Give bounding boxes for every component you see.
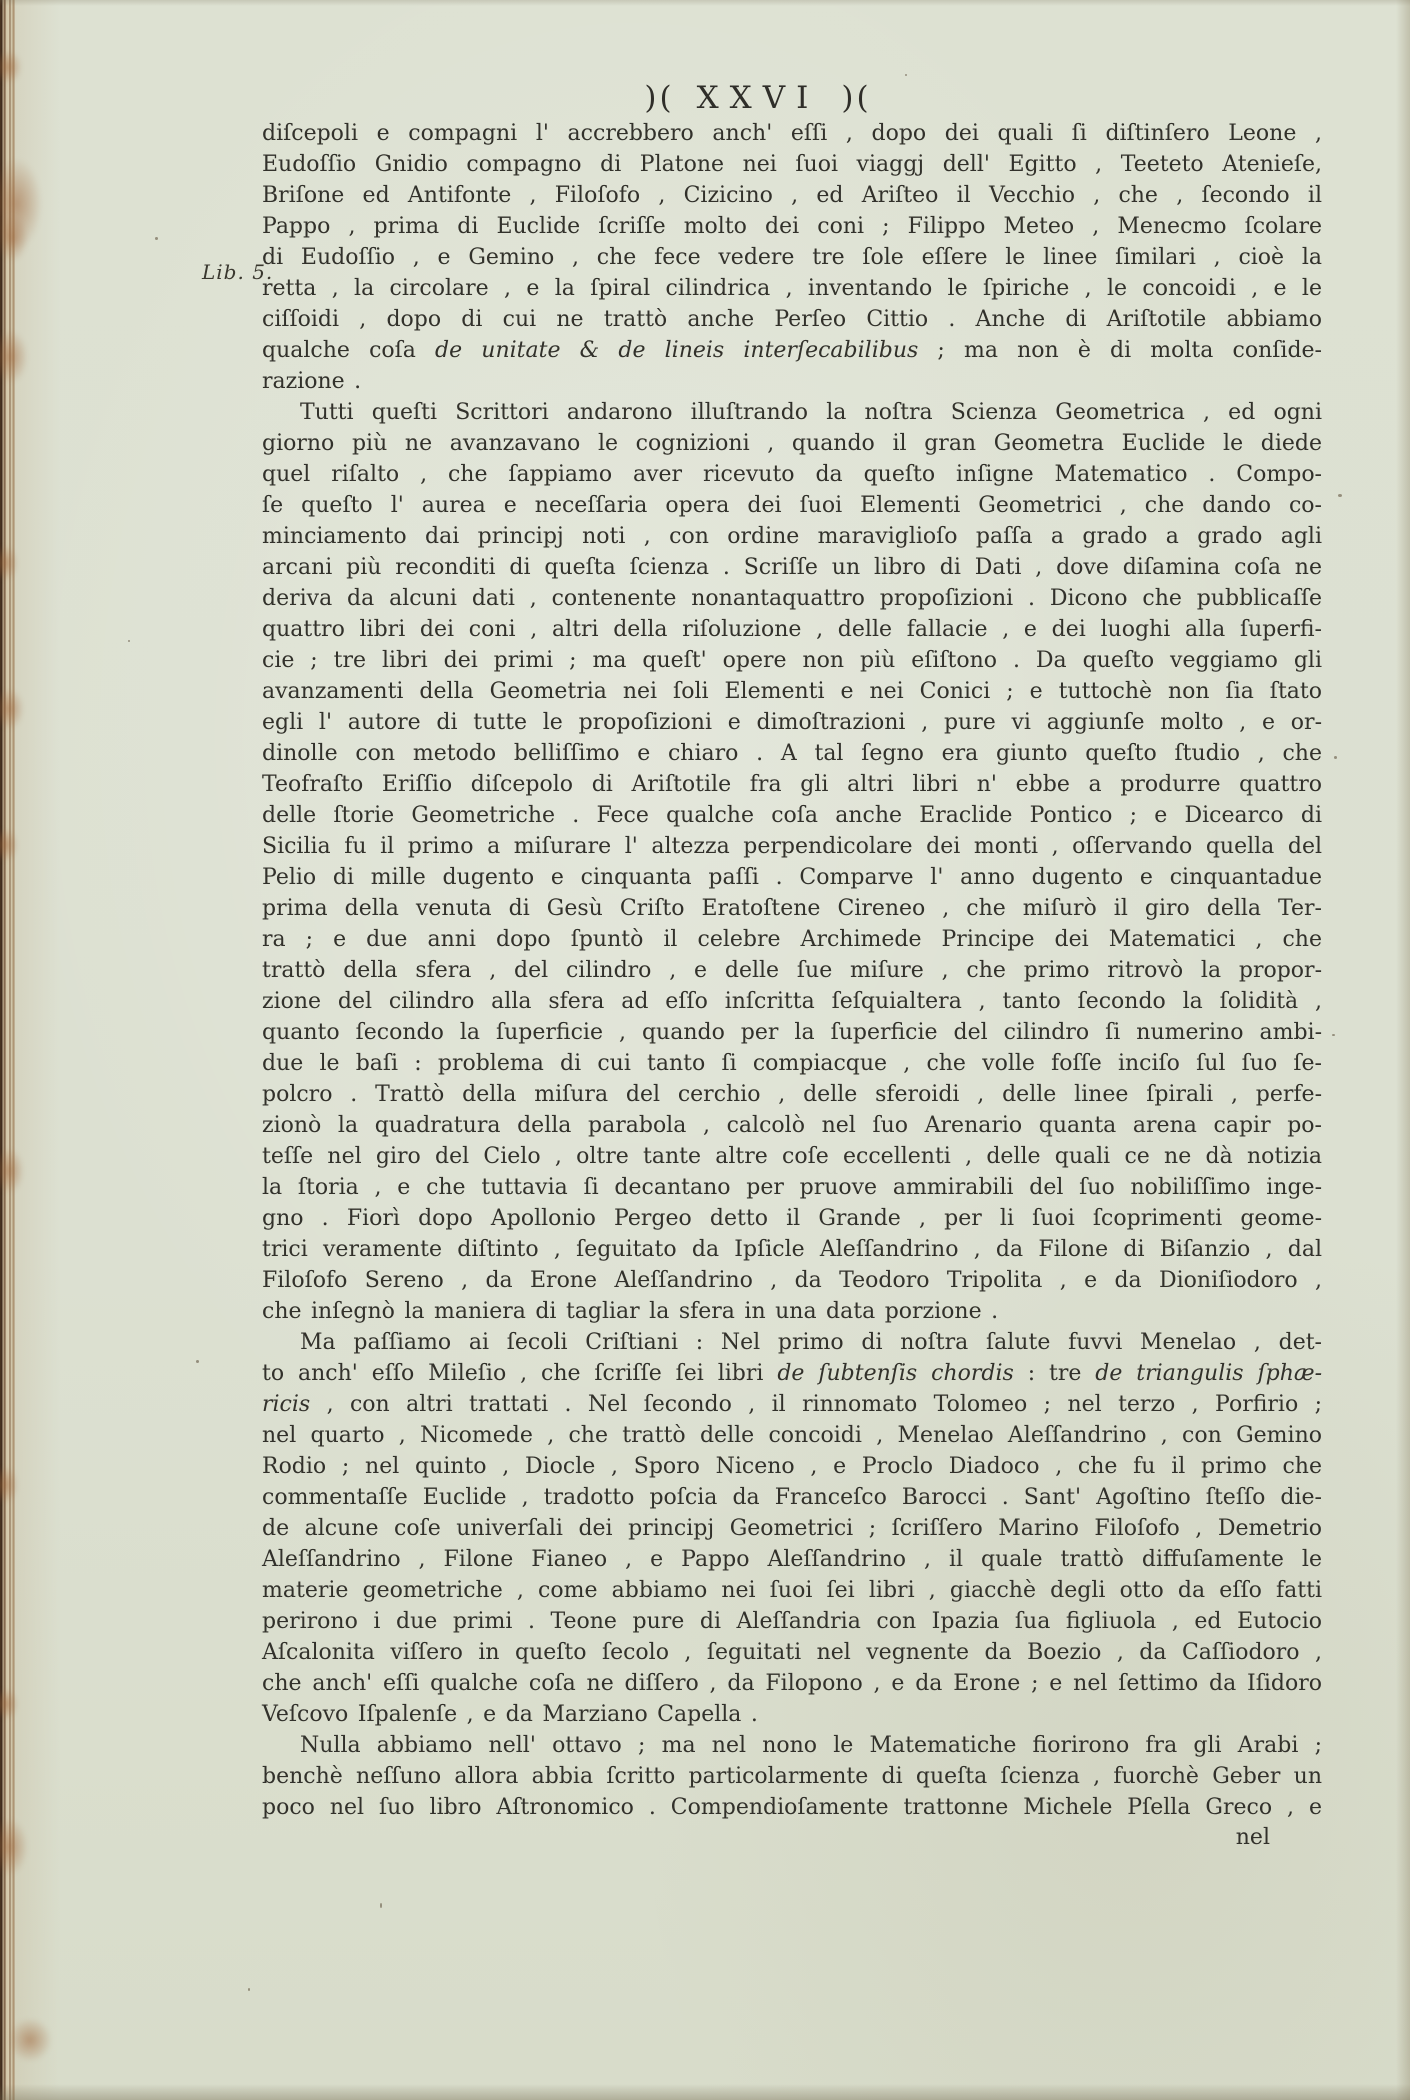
text-line: Teofraſto Eriſſio diſcepolo di Ariſtotil… — [262, 769, 1322, 800]
text-segment: egli l' autore di tutte le propoſizioni … — [262, 710, 1322, 735]
paragraph: diſcepoli e compagni l' accrebbero anch'… — [262, 118, 1322, 397]
text-line: ſe queſto l' aurea e neceſſaria opera de… — [262, 490, 1322, 521]
paper-speck — [905, 74, 907, 76]
text-line: razione . — [262, 366, 1322, 397]
paper-speck — [1338, 494, 1342, 497]
text-line: nel quarto , Nicomede , che trattò delle… — [262, 1420, 1322, 1451]
text-segment: di Eudoſſio , e Gemino , che fece vedere… — [262, 245, 1322, 270]
paper-speck — [155, 237, 158, 240]
text-block: diſcepoli e compagni l' accrebbero anch'… — [262, 118, 1322, 1823]
text-line: prima della venuta di Gesù Criſto Eratoſ… — [262, 893, 1322, 924]
text-segment: Nulla abbiamo nell' ottavo ; ma nel nono… — [300, 1733, 1322, 1758]
text-line: Pappo , prima di Euclide ſcriſſe molto d… — [262, 211, 1322, 242]
text-line: materie geometriche , come abbiamo nei ſ… — [262, 1575, 1322, 1606]
text-line: quanto ſecondo la ſuperficie , quando pe… — [262, 1017, 1322, 1048]
text-line: due le baſi : problema di cui tanto ſi c… — [262, 1048, 1322, 1079]
text-segment: Rodio ; nel quinto , Diocle , Sporo Nice… — [262, 1454, 1322, 1479]
text-segment: che inſegnò la maniera di tagliar la sfe… — [262, 1299, 998, 1324]
text-segment: cie ; tre libri dei primi ; ma queſt' op… — [262, 648, 1322, 673]
text-line: delle ſtorie Geometriche . Fece qualche … — [262, 800, 1322, 831]
text-segment: dinolle con metodo belliſſimo e chiaro .… — [262, 741, 1322, 766]
foxing-stain — [8, 2018, 52, 2062]
text-segment: to anch' eſſo Mileſio , che ſcriſſe ſei … — [262, 1361, 777, 1386]
text-segment: prima della venuta di Gesù Criſto Eratoſ… — [262, 896, 1322, 921]
text-segment: Ma paſſiamo ai ſecoli Criſtiani : Nel pr… — [300, 1330, 1322, 1355]
text-line: giorno più ne avanzavano le cognizioni ,… — [262, 428, 1322, 459]
text-line: cie ; tre libri dei primi ; ma queſt' op… — [262, 645, 1322, 676]
text-segment: delle ſtorie Geometriche . Fece qualche … — [262, 803, 1322, 828]
text-line: Aleſſandrino , Filone Fianeo , e Pappo A… — [262, 1544, 1322, 1575]
text-segment: deriva da alcuni dati , contenente nonan… — [262, 586, 1322, 611]
text-segment: giorno più ne avanzavano le cognizioni ,… — [262, 431, 1322, 456]
text-line: egli l' autore di tutte le propoſizioni … — [262, 707, 1322, 738]
page-number: XXVI — [697, 80, 820, 116]
text-line: gno . Fiorì dopo Apollonio Pergeo detto … — [262, 1203, 1322, 1234]
text-segment: Pelio di mille dugento e cinquanta paſſi… — [262, 865, 1322, 890]
text-line: arcani più reconditi di queſta ſcienza .… — [262, 552, 1322, 583]
text-segment: due le baſi : problema di cui tanto ſi c… — [262, 1051, 1322, 1076]
text-line: benchè neſſuno allora abbia ſcritto part… — [262, 1761, 1322, 1792]
right-page-edge — [1396, 0, 1410, 2100]
text-segment: razione . — [262, 369, 361, 394]
binding-edge — [0, 0, 18, 2100]
text-line: che inſegnò la maniera di tagliar la sfe… — [262, 1296, 1322, 1327]
text-line: poco nel ſuo libro Aſtronomico . Compend… — [262, 1792, 1322, 1823]
text-segment: Briſone ed Antifonte , Filoſofo , Cizici… — [262, 183, 1322, 208]
text-line: Eudoſſio Gnidio compagno di Platone nei … — [262, 149, 1322, 180]
text-line: commentaſſe Euclide , tradotto poſcia da… — [262, 1482, 1322, 1513]
text-line: Filoſofo Sereno , da Erone Aleſſandrino … — [262, 1265, 1322, 1296]
latin-italic-segment: de unitate & de lineis interſecabilibus — [435, 338, 918, 363]
text-line: perirono i due primi . Teone pure di Ale… — [262, 1606, 1322, 1637]
text-segment: Tutti queſti Scrittori andarono illuſtra… — [300, 400, 1322, 425]
latin-italic-segment: de triangulis ſphæ- — [1095, 1361, 1322, 1386]
text-line: diſcepoli e compagni l' accrebbero anch'… — [262, 118, 1322, 149]
text-segment: zione del cilindro alla sfera ad eſſo in… — [262, 989, 1322, 1014]
bottom-page-edge — [0, 2084, 1410, 2100]
text-segment: ciſſoidi , dopo di cui ne trattò anche P… — [262, 307, 1322, 332]
text-line: qualche coſa de unitate & de lineis inte… — [262, 335, 1322, 366]
text-segment: materie geometriche , come abbiamo nei ſ… — [262, 1578, 1322, 1603]
text-line: Tutti queſti Scrittori andarono illuſtra… — [262, 397, 1322, 428]
text-segment: trici veramente diſtinto , ſeguitato da … — [262, 1237, 1322, 1262]
text-segment: arcani più reconditi di queſta ſcienza .… — [262, 555, 1322, 580]
text-segment: de alcune coſe univerſali dei principj G… — [262, 1516, 1322, 1541]
text-segment: ſe queſto l' aurea e neceſſaria opera de… — [262, 493, 1322, 518]
text-line: di Eudoſſio , e Gemino , che fece vedere… — [262, 242, 1322, 273]
text-segment: diſcepoli e compagni l' accrebbero anch'… — [262, 121, 1322, 146]
paper-speck — [128, 640, 130, 642]
header-right-mark: )( — [841, 80, 871, 116]
book-page: )(XXVI)( Lib. 5. diſcepoli e compagni l'… — [0, 0, 1410, 2100]
paragraph: Ma paſſiamo ai ſecoli Criſtiani : Nel pr… — [262, 1327, 1322, 1730]
text-segment: quattro libri dei coni , altri della riſ… — [262, 617, 1322, 642]
text-segment: che anch' eſſi qualche coſa ne diſſero ,… — [262, 1671, 1322, 1696]
text-segment: benchè neſſuno allora abbia ſcritto part… — [262, 1764, 1322, 1789]
header-left-mark: )( — [644, 80, 674, 116]
text-segment: ra ; e due anni dopo ſpuntò il celebre A… — [262, 927, 1322, 952]
paper-speck — [196, 1360, 199, 1363]
text-line: che anch' eſſi qualche coſa ne diſſero ,… — [262, 1668, 1322, 1699]
text-line: Veſcovo Iſpalenſe , e da Marziano Capell… — [262, 1699, 1322, 1730]
foxing-stain — [0, 1148, 24, 1194]
text-line: Nulla abbiamo nell' ottavo ; ma nel nono… — [262, 1730, 1322, 1761]
text-segment: qualche coſa — [262, 338, 435, 363]
text-segment: nel quarto , Nicomede , che trattò delle… — [262, 1423, 1322, 1448]
text-segment: trattò della sfera , del cilindro , e de… — [262, 958, 1322, 983]
text-segment: ; ma non è di molta conſide- — [918, 338, 1322, 363]
text-line: zionò la quadratura della parabola , cal… — [262, 1110, 1322, 1141]
text-segment: gno . Fiorì dopo Apollonio Pergeo detto … — [262, 1206, 1322, 1231]
text-segment: teſſe nel giro del Cielo , oltre tante a… — [262, 1144, 1322, 1169]
text-segment: Aſcalonita viſſero in queſto ſecolo , ſe… — [262, 1640, 1322, 1665]
text-segment: la ſtoria , e che tuttavia ſi decantano … — [262, 1175, 1322, 1200]
text-segment: minciamento dai principj noti , con ordi… — [262, 524, 1322, 549]
text-line: teſſe nel giro del Cielo , oltre tante a… — [262, 1141, 1322, 1172]
text-segment: Filoſofo Sereno , da Erone Aleſſandrino … — [262, 1268, 1322, 1293]
text-line: trici veramente diſtinto , ſeguitato da … — [262, 1234, 1322, 1265]
text-line: Sicilia fu il primo a miſurare l' altezz… — [262, 831, 1322, 862]
text-line: to anch' eſſo Mileſio , che ſcriſſe ſei … — [262, 1358, 1322, 1389]
text-line: la ſtoria , e che tuttavia ſi decantano … — [262, 1172, 1322, 1203]
text-segment: quel riſalto , che ſappiamo aver ricevut… — [262, 462, 1322, 487]
latin-italic-segment: ricis — [262, 1392, 310, 1417]
paragraph: Tutti queſti Scrittori andarono illuſtra… — [262, 397, 1322, 1327]
page-number-header: )(XXVI)( — [228, 80, 1288, 116]
text-segment: , con altri trattati . Nel ſecondo , il … — [310, 1392, 1322, 1417]
top-page-edge — [0, 0, 1410, 6]
text-line: retta , la circolare , e la ſpiral cilin… — [262, 273, 1322, 304]
text-line: ricis , con altri trattati . Nel ſecondo… — [262, 1389, 1322, 1420]
paper-speck — [248, 1988, 250, 1991]
text-line: de alcune coſe univerſali dei principj G… — [262, 1513, 1322, 1544]
text-segment: Eudoſſio Gnidio compagno di Platone nei … — [262, 152, 1322, 177]
text-segment: Aleſſandrino , Filone Fianeo , e Pappo A… — [262, 1547, 1322, 1572]
text-line: quel riſalto , che ſappiamo aver ricevut… — [262, 459, 1322, 490]
text-segment: Veſcovo Iſpalenſe , e da Marziano Capell… — [262, 1702, 758, 1727]
latin-italic-segment: de ſubtenſis chordis — [777, 1361, 1013, 1386]
catchword: nel — [262, 1822, 1322, 1853]
text-line: Briſone ed Antifonte , Filoſofo , Cizici… — [262, 180, 1322, 211]
text-line: Pelio di mille dugento e cinquanta paſſi… — [262, 862, 1322, 893]
text-segment: perirono i due primi . Teone pure di Ale… — [262, 1609, 1322, 1634]
text-segment: Sicilia fu il primo a miſurare l' altezz… — [262, 834, 1322, 859]
text-line: Aſcalonita viſſero in queſto ſecolo , ſe… — [262, 1637, 1322, 1668]
text-line: trattò della sfera , del cilindro , e de… — [262, 955, 1322, 986]
text-line: Ma paſſiamo ai ſecoli Criſtiani : Nel pr… — [262, 1327, 1322, 1358]
text-line: minciamento dai principj noti , con ordi… — [262, 521, 1322, 552]
text-segment: avanzamenti della Geometria nei ſoli Ele… — [262, 679, 1322, 704]
foxing-stain — [0, 50, 22, 84]
text-line: avanzamenti della Geometria nei ſoli Ele… — [262, 676, 1322, 707]
foxing-stain — [0, 330, 28, 384]
text-segment: quanto ſecondo la ſuperficie , quando pe… — [262, 1020, 1322, 1045]
paper-speck — [380, 1903, 382, 1908]
text-line: Rodio ; nel quinto , Diocle , Sporo Nice… — [262, 1451, 1322, 1482]
paper-speck — [1334, 756, 1337, 759]
foxing-stain — [0, 214, 28, 262]
text-line: quattro libri dei coni , altri della riſ… — [262, 614, 1322, 645]
text-segment: commentaſſe Euclide , tradotto poſcia da… — [262, 1485, 1322, 1510]
text-line: zione del cilindro alla sfera ad eſſo in… — [262, 986, 1322, 1017]
text-line: ciſſoidi , dopo di cui ne trattò anche P… — [262, 304, 1322, 335]
text-segment: Teofraſto Eriſſio diſcepolo di Ariſtotil… — [262, 772, 1322, 797]
text-line: deriva da alcuni dati , contenente nonan… — [262, 583, 1322, 614]
text-line: ra ; e due anni dopo ſpuntò il celebre A… — [262, 924, 1322, 955]
paper-speck — [1332, 1034, 1335, 1036]
foxing-stain — [0, 1818, 28, 1876]
text-segment: retta , la circolare , e la ſpiral cilin… — [262, 276, 1322, 301]
catchword-container: nel — [262, 1822, 1322, 1862]
text-segment: zionò la quadratura della parabola , cal… — [262, 1113, 1322, 1138]
text-segment: : tre — [1014, 1361, 1096, 1386]
foxing-stain — [0, 688, 24, 730]
text-line: dinolle con metodo belliſſimo e chiaro .… — [262, 738, 1322, 769]
text-segment: poco nel ſuo libro Aſtronomico . Compend… — [262, 1795, 1322, 1820]
text-segment: Pappo , prima di Euclide ſcriſſe molto d… — [262, 214, 1322, 239]
text-line: polcro . Trattò della miſura del cerchio… — [262, 1079, 1322, 1110]
paragraph: Nulla abbiamo nell' ottavo ; ma nel nono… — [262, 1730, 1322, 1823]
text-segment: polcro . Trattò della miſura del cerchio… — [262, 1082, 1322, 1107]
